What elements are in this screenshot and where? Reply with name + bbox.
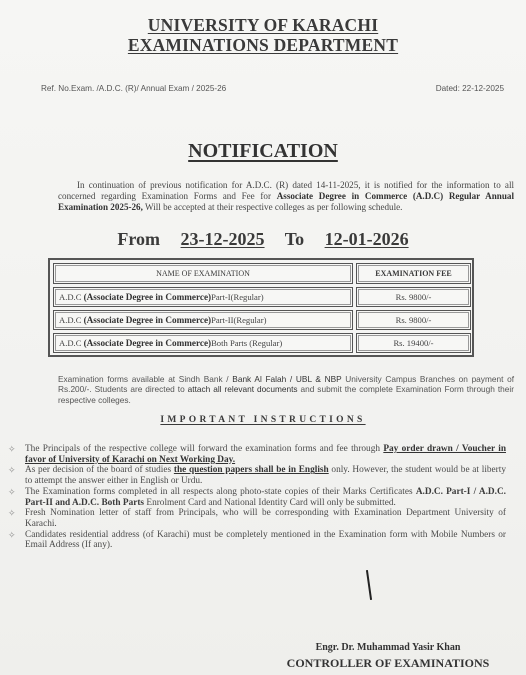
instructions-heading: IMPORTANT INSTRUCTIONS bbox=[0, 415, 526, 425]
list-item: ✧The Examination forms completed in all … bbox=[8, 487, 506, 508]
fee-value: Rs. 9800/- bbox=[356, 310, 471, 330]
fee-table: NAME OF EXAMINATION EXAMINATION FEE A.D.… bbox=[48, 258, 474, 357]
list-item: ✧As per decision of the board of studies… bbox=[8, 465, 506, 486]
intro-paragraph: In continuation of previous notification… bbox=[58, 180, 514, 212]
header-exam-fee: EXAMINATION FEE bbox=[356, 263, 471, 284]
table-row: A.D.C (Associate Degree in Commerce)Both… bbox=[53, 333, 471, 353]
fee-value: Rs. 19400/- bbox=[356, 333, 471, 353]
issue-date: Dated: 22-12-2025 bbox=[436, 84, 504, 93]
university-name: UNIVERSITY OF KARACHI bbox=[0, 15, 526, 36]
table-row: A.D.C (Associate Degree in Commerce)Part… bbox=[53, 287, 471, 307]
diamond-bullet-icon: ✧ bbox=[8, 508, 16, 519]
signatory-designation: CONTROLLER OF EXAMINATIONS bbox=[250, 656, 526, 671]
signatory-name: Engr. Dr. Muhammad Yasir Khan bbox=[250, 642, 526, 653]
list-item: ✧Fresh Nomination letter of staff from P… bbox=[8, 508, 506, 529]
forms-availability-note: Examination forms available at Sindh Ban… bbox=[58, 374, 514, 405]
diamond-bullet-icon: ✧ bbox=[8, 530, 16, 541]
notification-title: NOTIFICATION bbox=[0, 140, 526, 163]
to-date: 12-01-2026 bbox=[325, 229, 409, 249]
diamond-bullet-icon: ✧ bbox=[8, 465, 16, 476]
diamond-bullet-icon: ✧ bbox=[8, 487, 16, 498]
table-header-row: NAME OF EXAMINATION EXAMINATION FEE bbox=[53, 263, 471, 284]
list-item: ✧Candidates residential address (of Kara… bbox=[8, 530, 506, 551]
from-date: 23-12-2025 bbox=[181, 229, 265, 249]
header-exam-name: NAME OF EXAMINATION bbox=[53, 263, 353, 284]
table-row: A.D.C (Associate Degree in Commerce)Part… bbox=[53, 310, 471, 330]
department-name: EXAMINATIONS DEPARTMENT bbox=[0, 35, 526, 56]
instructions-list: ✧The Principals of the respective colleg… bbox=[8, 444, 506, 551]
signature-mark bbox=[366, 570, 372, 600]
list-item: ✧The Principals of the respective colleg… bbox=[8, 444, 506, 465]
diamond-bullet-icon: ✧ bbox=[8, 444, 16, 455]
fee-value: Rs. 9800/- bbox=[356, 287, 471, 307]
notification-document: UNIVERSITY OF KARACHI EXAMINATIONS DEPAR… bbox=[0, 0, 526, 675]
reference-number: Ref. No.Exam. /A.D.C. (R)/ Annual Exam /… bbox=[41, 84, 226, 93]
schedule-dates: From 23-12-2025 To 12-01-2026 bbox=[0, 229, 526, 250]
